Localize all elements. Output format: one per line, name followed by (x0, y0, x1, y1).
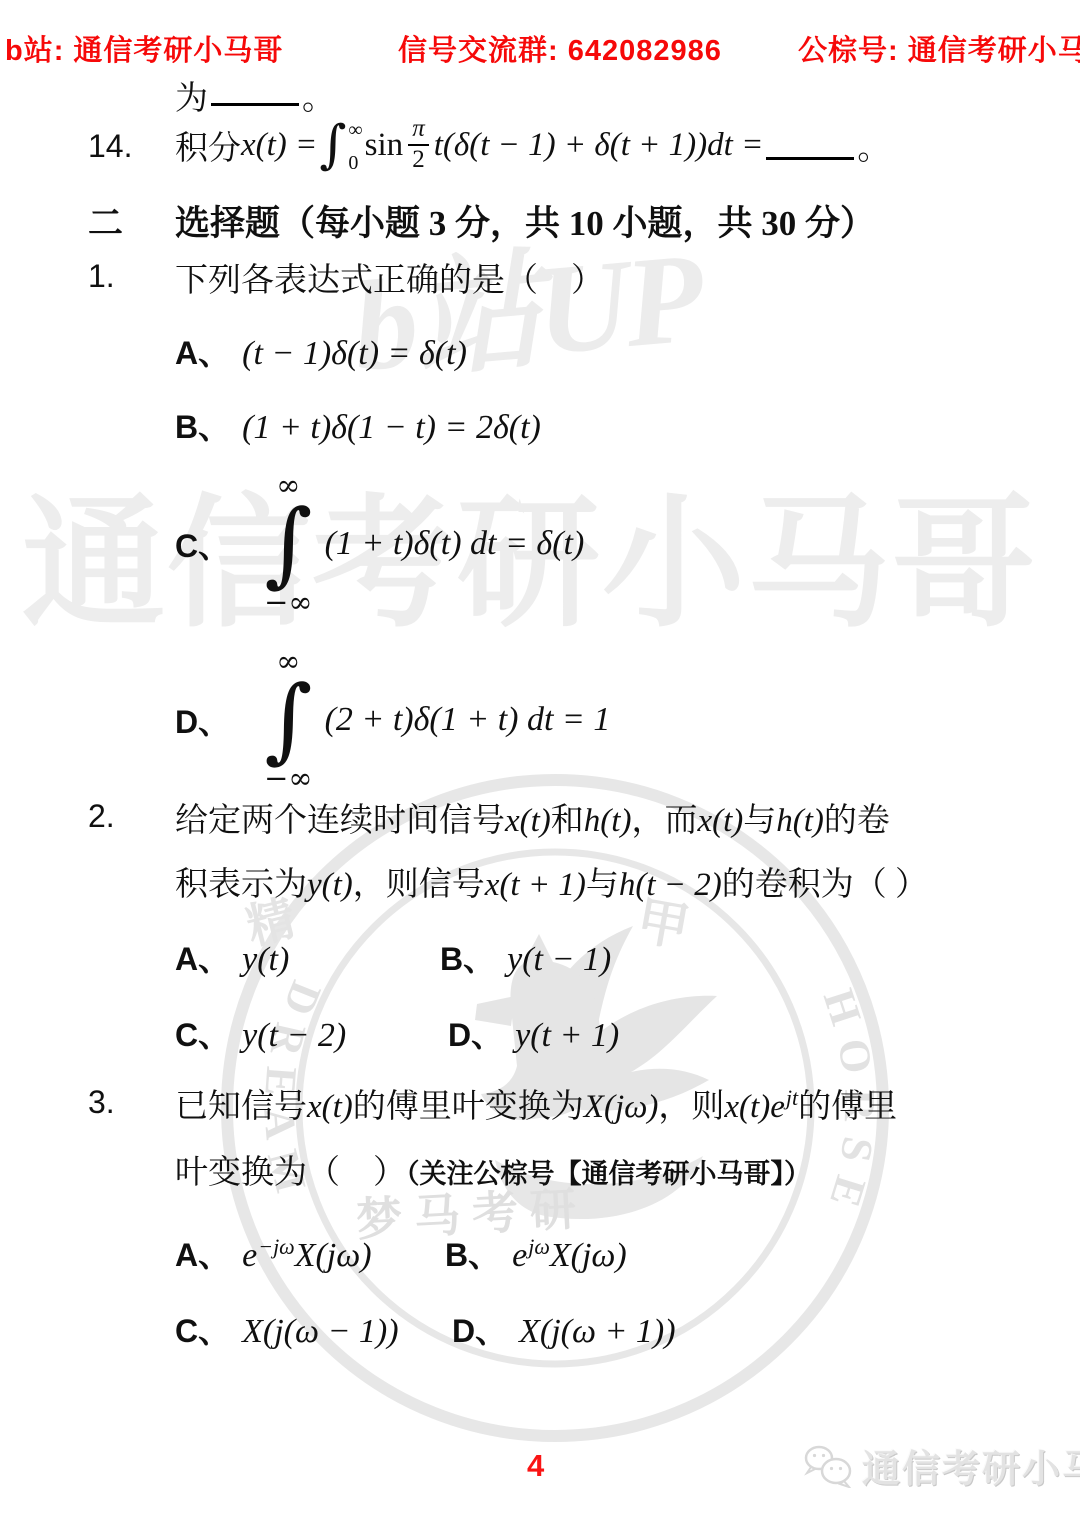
integral-sign: ∫ (264, 500, 312, 587)
question-3-line2: 叶变换为（ ）（关注公棕号【通信考研小马哥】） (175, 1146, 811, 1193)
integral-sign: ∫ (264, 676, 312, 763)
integral-lower-limit: −∞ (264, 764, 312, 793)
question-3-number: 3. (88, 1084, 115, 1121)
q2-option-c: C、y(t − 2) (175, 1010, 346, 1056)
q2-option-b: B、y(t − 1) (440, 934, 611, 980)
superscript-jt: jt (786, 1085, 798, 1110)
fraction-pi-over-2: π 2 (408, 115, 429, 175)
q14-sin: sin (365, 127, 404, 164)
q14-period: 。 (857, 122, 890, 169)
wechat-icon (802, 1444, 854, 1488)
question-1-text: 下列各表达式正确的是（ ） (175, 254, 604, 301)
integral-lower-limit: −∞ (264, 588, 312, 617)
q14-label: 积分 (175, 122, 241, 169)
fraction-numerator: π (408, 115, 429, 146)
section-2-number: 二 (88, 196, 123, 246)
footer-brand: 通信考研小马哥 (802, 1438, 1080, 1493)
question-14-formula: 积分 x(t) = ∫ ∞ 0 sin π 2 t(δ(t − 1) + δ(t… (175, 110, 890, 180)
header-qq-group: 信号交流群: 642082986 (398, 28, 722, 69)
content-layer: b站: 通信考研小马哥 信号交流群: 642082986 公棕号: 通信考研小马… (0, 0, 1080, 1526)
q1-option-c: C、 ∞ ∫ −∞ (1 + t)δ(t) dt = δ(t) (175, 468, 584, 620)
q14-math-rhs: t(δ(t − 1) + δ(t + 1))dt = (434, 127, 764, 164)
q3-option-a: A、e−jωX(jω) (175, 1230, 372, 1276)
integral-with-limits: ∞ ∫ −∞ (264, 647, 312, 792)
question-1-number: 1. (88, 258, 115, 295)
q14-math-lhs: x(t) = (241, 127, 317, 164)
exam-document-page: b站UP 通信考研小马哥 DREAM HORSE 梦马考研 精 甲 (0, 0, 1080, 1526)
section-2-title: 选择题（每小题 3 分，共 10 小题，共 30 分） (175, 196, 875, 246)
page-number: 4 (527, 1448, 544, 1484)
q3-option-c: C、X(j(ω − 1)) (175, 1306, 399, 1352)
question-2-number: 2. (88, 798, 115, 835)
q2-option-a: A、y(t) (175, 934, 289, 980)
integral-with-limits: ∞ ∫ −∞ (264, 471, 312, 616)
q1-option-b: B、(1 + t)δ(1 − t) = 2δ(t) (175, 402, 541, 448)
question-2-line2: 积表示为y(t)，则信号x(t + 1)与h(t − 2)的卷积为（ ） (175, 858, 928, 905)
superscript-exponent: jω (528, 1234, 550, 1259)
header-bilibili: b站: 通信考研小马哥 (5, 28, 283, 69)
footer-brand-text: 通信考研小马哥 (862, 1438, 1080, 1493)
question-3-line1: 已知信号x(t)的傅里叶变换为X(jω)，则x(t)ejt的傅里 (175, 1080, 897, 1127)
question-2-line1: 给定两个连续时间信号x(t)和h(t)，而x(t)与h(t)的卷 (175, 794, 890, 841)
fraction-denominator: 2 (412, 146, 425, 175)
q3-option-b: B、ejωX(jω) (445, 1230, 627, 1276)
integral-lower-limit: 0 (348, 152, 362, 175)
superscript-exponent: −jω (258, 1234, 295, 1259)
integral-sign: ∫ (319, 119, 346, 171)
integral-upper-limit: ∞ (348, 119, 362, 142)
integral-inline: ∫ ∞ 0 (319, 117, 362, 173)
q3-option-d: D、X(j(ω + 1)) (452, 1306, 676, 1352)
blank-underline (211, 70, 299, 106)
q1-option-a: A、(t − 1)δ(t) = δ(t) (175, 328, 467, 374)
q1-option-d: D、 ∞ ∫ −∞ (2 + t)δ(1 + t) dt = 1 (175, 640, 610, 800)
q2-option-d: D、y(t + 1) (448, 1010, 619, 1056)
follow-account-note: （关注公棕号【通信考研小马哥】） (406, 1159, 811, 1189)
blank-underline (766, 124, 854, 160)
question-14-number: 14. (88, 128, 132, 165)
header-official-account: 公棕号: 通信考研小马哥 (798, 28, 1080, 69)
